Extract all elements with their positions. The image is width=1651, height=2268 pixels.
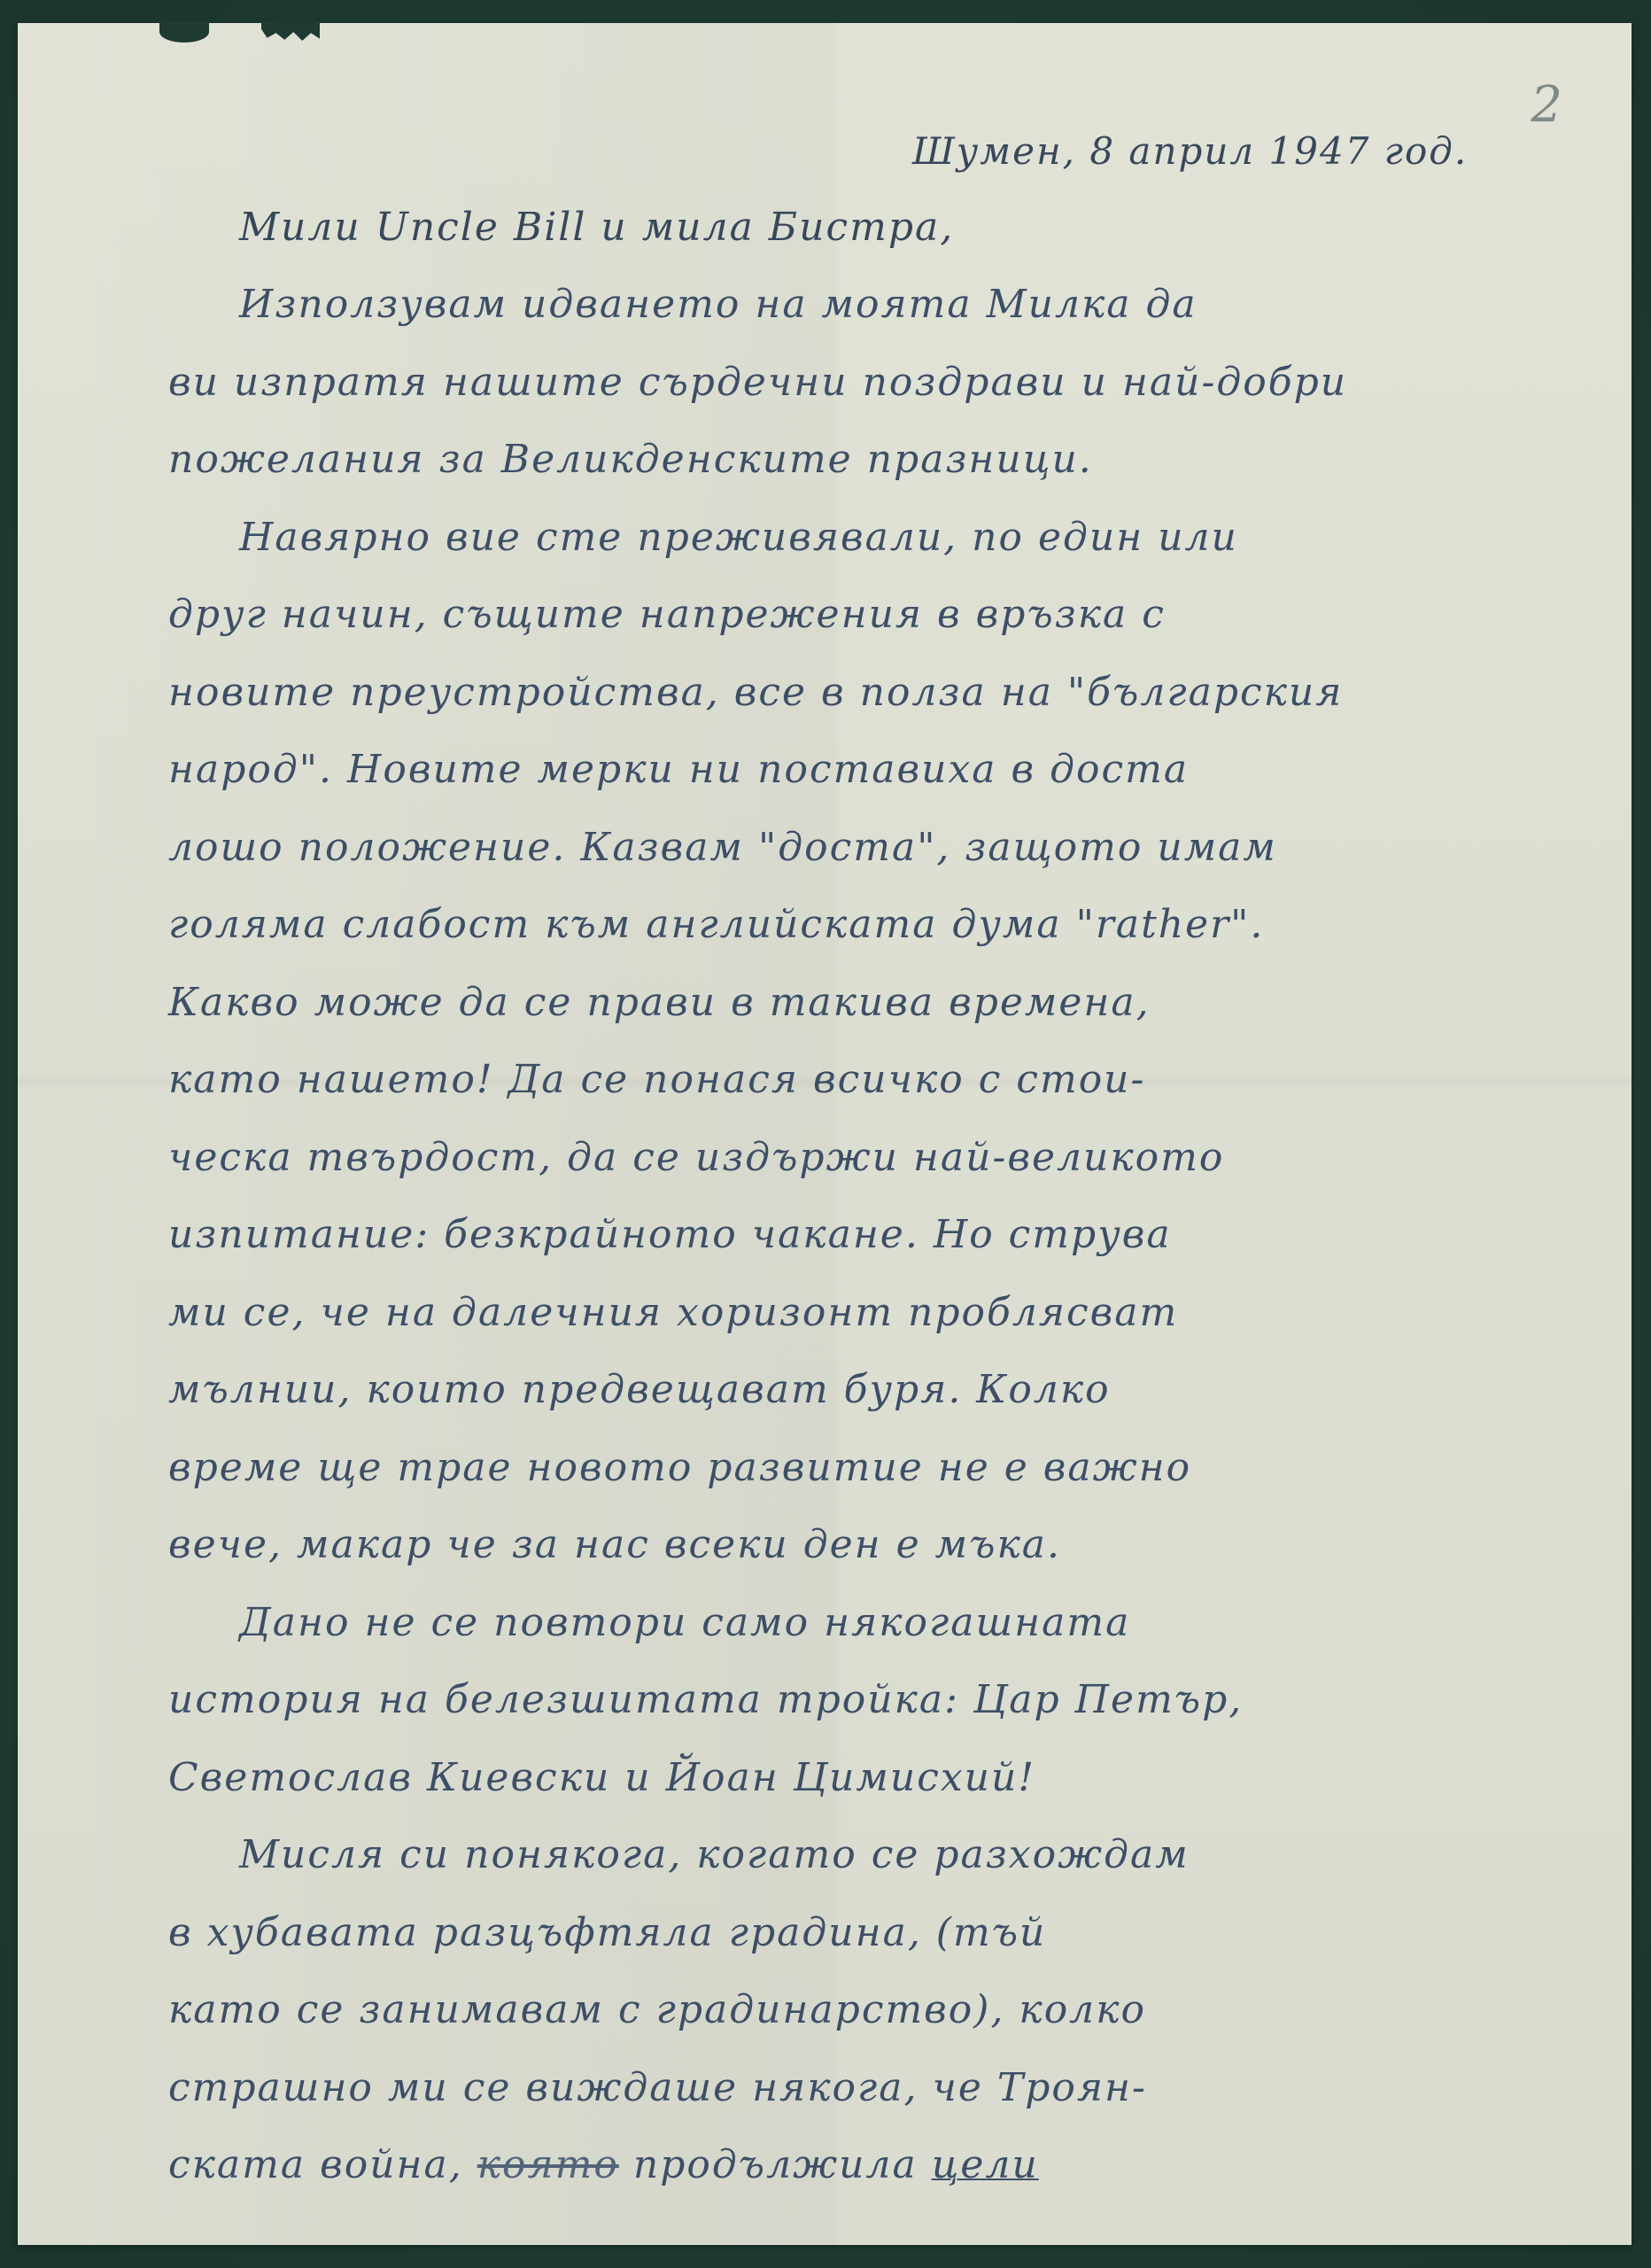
struck-word: която [477, 2142, 619, 2187]
letter-line: като нашето! Да се понася всичко с стои- [18, 1057, 1632, 1102]
letter-line: Дано не се повтори само някогашната [18, 1600, 1632, 1645]
letter-line: Какво може да се прави в такива времена, [18, 980, 1632, 1025]
page-number: 2 [1531, 76, 1562, 134]
letter-line: Навярно вие сте преживявали, по един или [18, 515, 1632, 560]
letter-line: ческа твърдост, да се издържи най-велико… [18, 1135, 1632, 1180]
letter-line: лошо положение. Казвам "доста", защото и… [18, 825, 1632, 870]
letter-line: новите преустройства, все в полза на "бъ… [18, 670, 1632, 715]
letter-line: в хубавата разцъфтяла градина, (тъй [18, 1910, 1632, 1955]
letter-line: като се занимавам с градинарство), колко [18, 1987, 1632, 2032]
letter-line: вече, макар че за нас всеки ден е мъка. [18, 1522, 1632, 1567]
letter-line: Светослав Киевски и Йоан Цимисхий! [18, 1755, 1632, 1800]
letter-line: изпитание: безкрайното чакане. Но струва [18, 1212, 1632, 1257]
text-before-strike: ската война, [168, 2142, 463, 2187]
underlined-word: цели [932, 2142, 1039, 2187]
letter-line: голяма слабост към английската дума "rat… [18, 902, 1632, 947]
letter-line: пожелания за Великденските празници. [18, 437, 1632, 482]
letter-dateline: Шумен, 8 април 1947 год. [912, 129, 1632, 173]
text-after-strike: продължила [633, 2142, 918, 2187]
letter-line: друг начин, същите напрежения в връзка с [18, 592, 1632, 637]
letter-line: ви изпратя нашите сърдечни поздрави и на… [18, 360, 1632, 405]
letter-line: Мисля си понякога, когато се разхождам [18, 1832, 1632, 1877]
letter-page: 2 Шумен, 8 април 1947 год. Мили Uncle Bi… [18, 23, 1632, 2245]
letter-line: време ще трае новото развитие не е важно [18, 1445, 1632, 1490]
letter-line: история на белезшитата тройка: Цар Петър… [18, 1677, 1632, 1722]
letter-last-line: ската война, която продължила цели [18, 2142, 1632, 2187]
torn-edge [159, 21, 209, 43]
letter-greeting: Мили Uncle Bill и мила Бистра, [18, 205, 1632, 250]
letter-line: Използувам идването на моята Милка да [18, 282, 1632, 327]
letter-line: страшно ми се виждаше някога, че Троян- [18, 2065, 1632, 2110]
letter-line: ми се, че на далечния хоризонт проблясва… [18, 1290, 1632, 1335]
letter-line: мълнии, които предвещават буря. Колко [18, 1367, 1632, 1412]
letter-line: народ". Новите мерки ни поставиха в дост… [18, 747, 1632, 792]
torn-edge [261, 21, 320, 41]
